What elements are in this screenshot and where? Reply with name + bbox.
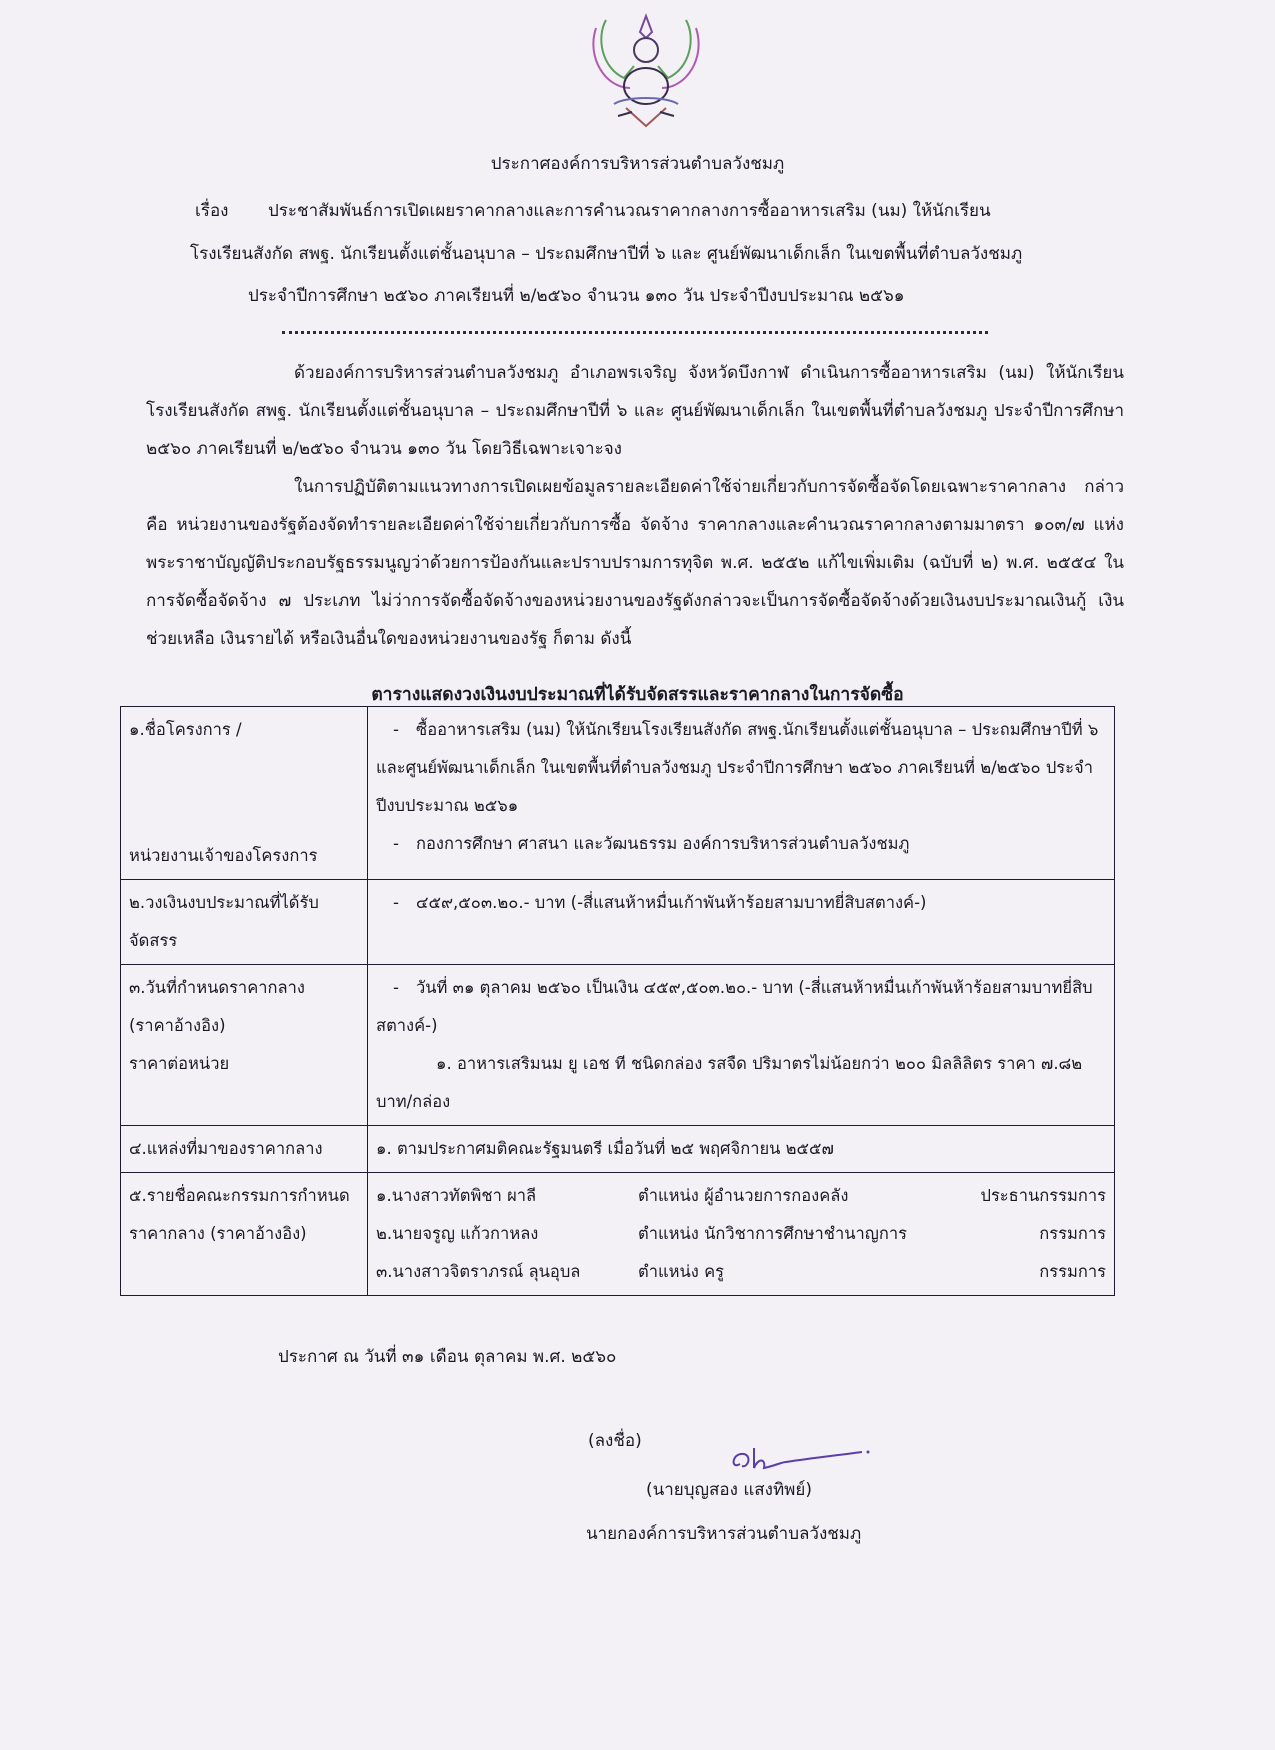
table-label-cell: ๑.ชื่อโครงการ / หน่วยงานเจ้าของโครงการ — [121, 707, 368, 880]
committee-label: ๕.รายชื่อคณะกรรมการกำหนดราคากลาง (ราคาอ้… — [121, 1173, 368, 1296]
member-name: ๒.นายจรูญ แก้วกาหลง — [376, 1215, 638, 1253]
paragraph-legal: ในการปฏิบัติตามแนวทางการเปิดเผยข้อมูลราย… — [146, 468, 1124, 658]
signature-icon — [722, 1440, 872, 1480]
budget-label: ๒.วงเงินงบประมาณที่ได้รับจัดสรร — [121, 880, 368, 965]
subject-line-2: โรงเรียนสังกัด สพฐ. นักเรียนตั้งแต่ชั้นอ… — [190, 240, 1022, 267]
table-label-cell: ๓.วันที่กำหนดราคากลาง (ราคาอ้างอิง) ราคา… — [121, 965, 368, 1126]
unit-price-label: ราคาต่อหน่วย — [129, 1045, 359, 1083]
table-value-cell: ๑.นางสาวทัตพิชา ผาลี ตำแหน่ง ผู้อำนวยการ… — [368, 1173, 1115, 1296]
table-title: ตารางแสดงวงเงินงบประมาณที่ได้รับจัดสรรแล… — [0, 680, 1275, 708]
paragraph-legal-text: ในการปฏิบัติตามแนวทางการเปิดเผยข้อมูลราย… — [146, 477, 1124, 649]
member-role: กรรมการ — [1039, 1253, 1106, 1291]
table-row-project: ๑.ชื่อโครงการ / หน่วยงานเจ้าของโครงการ -… — [121, 707, 1115, 880]
paragraph-intro: ด้วยองค์การบริหารส่วนตำบลวังชมภู อำเภอพร… — [146, 354, 1124, 468]
table-row-reference-price: ๓.วันที่กำหนดราคากลาง (ราคาอ้างอิง) ราคา… — [121, 965, 1115, 1126]
member-role: กรรมการ — [1039, 1215, 1106, 1253]
dotted-divider — [282, 331, 988, 334]
table-row-budget: ๒.วงเงินงบประมาณที่ได้รับจัดสรร -๔๕๙,๕๐๓… — [121, 880, 1115, 965]
unit-price-item: ๑. อาหารเสริมนม ยู เอช ที ชนิดกล่อง รสจื… — [376, 1054, 1082, 1111]
committee-member: ๓.นางสาวจิตราภรณ์ ลุนอุบล ตำแหน่ง ครู กร… — [376, 1253, 1106, 1291]
announcement-page: ประกาศองค์การบริหารส่วนตำบลวังชมภู เรื่อ… — [0, 0, 1275, 1750]
paragraph-intro-text: ด้วยองค์การบริหารส่วนตำบลวังชมภู อำเภอพร… — [146, 363, 1124, 459]
project-name: ซื้ออาหารเสริม (นม) ให้นักเรียนโรงเรียนส… — [376, 720, 1098, 815]
committee-member: ๑.นางสาวทัตพิชา ผาลี ตำแหน่ง ผู้อำนวยการ… — [376, 1177, 1106, 1215]
garuda-emblem-icon — [566, 8, 726, 133]
announcement-date: ประกาศ ณ วันที่ ๓๑ เดือน ตุลาคม พ.ศ. ๒๕๖… — [278, 1343, 616, 1370]
project-owner: กองการศึกษา ศาสนา และวัฒนธรรม องค์การบริ… — [416, 834, 909, 853]
price-source-value: ๑. ตามประกาศมติคณะรัฐมนตรี เมื่อวันที่ ๒… — [368, 1126, 1115, 1173]
member-name: ๑.นางสาวทัตพิชา ผาลี — [376, 1177, 638, 1215]
table-row-committee: ๕.รายชื่อคณะกรรมการกำหนดราคากลาง (ราคาอ้… — [121, 1173, 1115, 1296]
table-row-price-source: ๔.แหล่งที่มาของราคากลาง ๑. ตามประกาศมติค… — [121, 1126, 1115, 1173]
table-value-cell: -วันที่ ๓๑ ตุลาคม ๒๕๖๐ เป็นเงิน ๔๕๙,๕๐๓.… — [368, 965, 1115, 1126]
subject-line-3: ประจำปีการศึกษา ๒๕๖๐ ภาคเรียนที่ ๒/๒๕๖๐ … — [248, 282, 905, 309]
budget-table: ๑.ชื่อโครงการ / หน่วยงานเจ้าของโครงการ -… — [120, 706, 1115, 1296]
member-position: ตำแหน่ง ครู — [638, 1253, 1039, 1291]
document-header: ประกาศองค์การบริหารส่วนตำบลวังชมภู — [0, 150, 1275, 177]
reference-price-label: (ราคาอ้างอิง) — [129, 1007, 359, 1045]
budget-value: ๔๕๙,๕๐๓.๒๐.- บาท (-สี่แสนห้าหมื่นเก้าพัน… — [416, 893, 926, 912]
reference-date-value: วันที่ ๓๑ ตุลาคม ๒๕๖๐ เป็นเงิน ๔๕๙,๕๐๓.๒… — [376, 978, 1093, 1035]
member-name: ๓.นางสาวจิตราภรณ์ ลุนอุบล — [376, 1253, 638, 1291]
owner-label: หน่วยงานเจ้าของโครงการ — [129, 837, 317, 875]
price-source-label: ๔.แหล่งที่มาของราคากลาง — [121, 1126, 368, 1173]
reference-date-label: ๓.วันที่กำหนดราคากลาง — [129, 969, 359, 1007]
table-value-cell: -ซื้ออาหารเสริม (นม) ให้นักเรียนโรงเรียน… — [368, 707, 1115, 880]
sign-label: (ลงชื่อ) — [588, 1427, 642, 1454]
signer-title: นายกองค์การบริหารส่วนตำบลวังชมภู — [586, 1520, 861, 1547]
subject-line-1: ประชาสัมพันธ์การเปิดเผยราคากลางและการคำน… — [268, 197, 991, 224]
committee-member: ๒.นายจรูญ แก้วกาหลง ตำแหน่ง นักวิชาการศึ… — [376, 1215, 1106, 1253]
member-position: ตำแหน่ง นักวิชาการศึกษาชำนาญการ — [638, 1215, 1039, 1253]
subject-label: เรื่อง — [195, 197, 228, 224]
project-label: ๑.ชื่อโครงการ / — [129, 711, 359, 749]
signer-name: (นายบุญสอง แสงทิพย์) — [646, 1476, 812, 1503]
table-value-cell: -๔๕๙,๕๐๓.๒๐.- บาท (-สี่แสนห้าหมื่นเก้าพั… — [368, 880, 1115, 965]
member-position: ตำแหน่ง ผู้อำนวยการกองคลัง — [638, 1177, 980, 1215]
member-role: ประธานกรรมการ — [980, 1177, 1106, 1215]
